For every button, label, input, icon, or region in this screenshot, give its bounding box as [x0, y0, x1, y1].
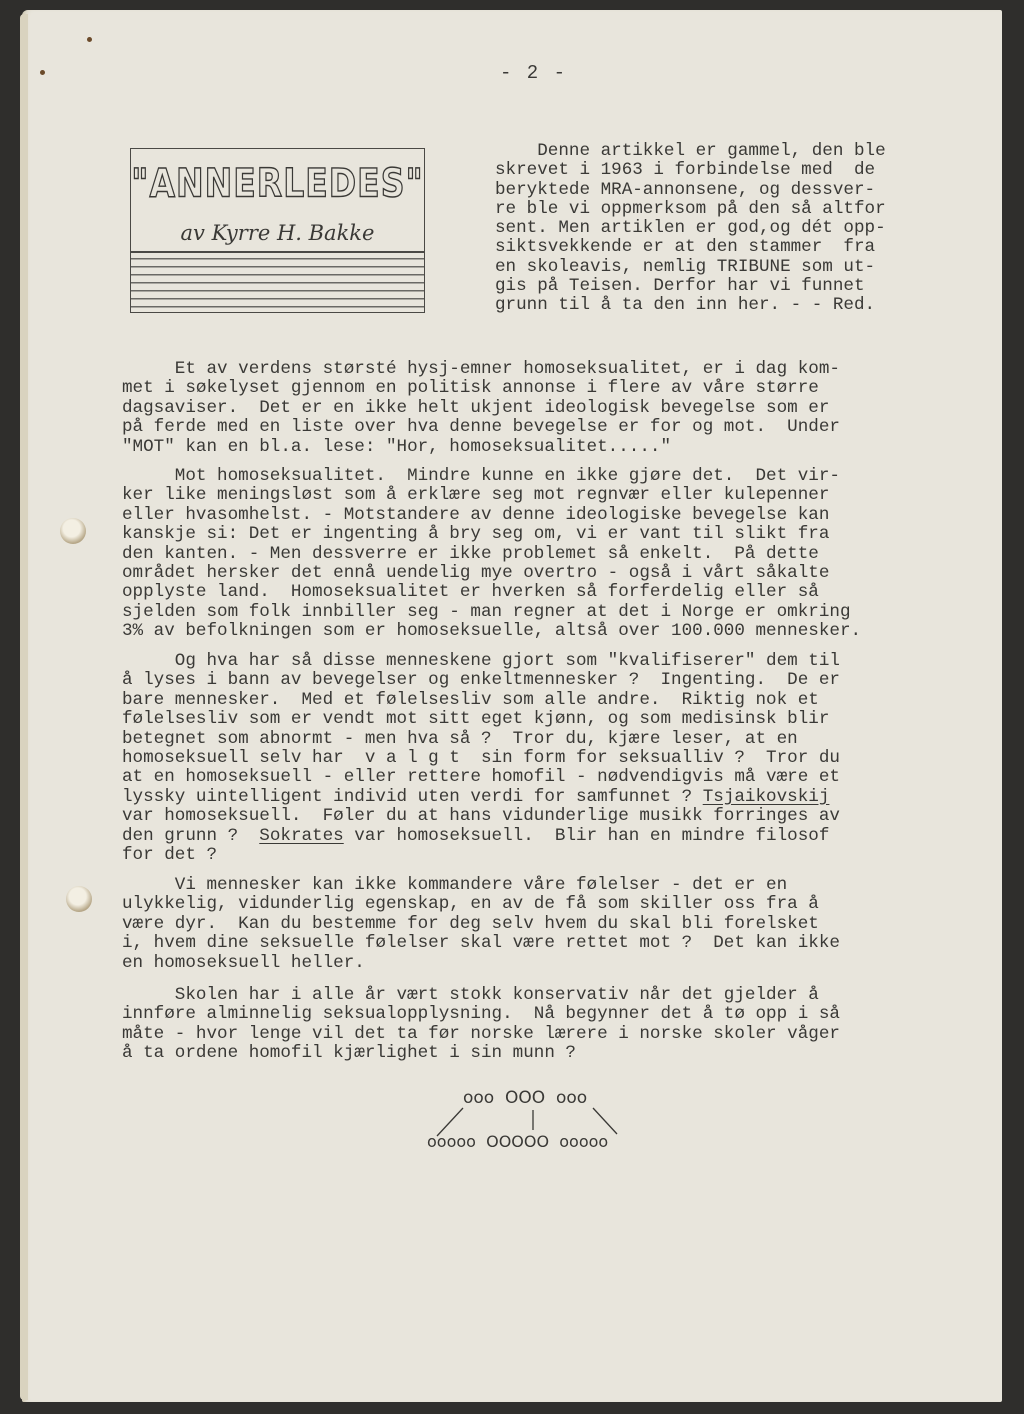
text-line: betegnet som abnormt - men hva så ? Tror…	[122, 730, 962, 749]
underlined-name-sokrates: Sokrates	[259, 826, 343, 846]
text-line: met i søkelyset gjennom en politisk anno…	[122, 379, 962, 398]
page-number: - 2 -	[500, 62, 567, 84]
editor-note: Denne artikkel er gammel, den bleskrevet…	[495, 142, 935, 316]
text-line: følelsesliv som er vendt mot sitt eget k…	[122, 710, 962, 729]
text-line: Mot homoseksualitet. Mindre kunne en ikk…	[122, 467, 962, 486]
text-line: grunn til å ta den inn her. - - Red.	[495, 296, 935, 315]
text-line: for det ?	[122, 846, 962, 865]
text-line: bare mennesker. Med et følelsesliv som a…	[122, 691, 962, 710]
header-ruled-lines	[131, 251, 424, 312]
text-line: en homoseksuell heller.	[122, 954, 962, 973]
text-line: dagsaviser. Det er en ikke helt ukjent i…	[122, 399, 962, 418]
text-line: homoseksuell selv har v a l g t sin form…	[122, 749, 962, 768]
text-line: kanskje si: Det er ingenting å bry seg o…	[122, 525, 962, 544]
article-title: "ANNERLEDES"	[131, 159, 424, 206]
text-line: Vi mennesker kan ikke kommandere våre fø…	[122, 876, 962, 895]
text-line: "MOT" kan en bl.a. lese: "Hor, homoseksu…	[122, 438, 962, 457]
text-line: måte - hvor lenge vil det ta før norske …	[122, 1025, 962, 1044]
text-line: at en homoseksuell - eller rettere homof…	[122, 768, 962, 787]
text-line: eller hvasomhelst. - Motstandere av denn…	[122, 506, 962, 525]
article-byline: av Kyrre H. Bakke	[131, 221, 424, 245]
ornament-bottom-row: ooooo OOOOO ooooo	[427, 1132, 608, 1151]
text-line: Et av verdens størsté hysj-emner homosek…	[122, 360, 962, 379]
text-line: området hersker det ennå uendelig mye ov…	[122, 564, 962, 583]
text-line: Denne artikkel er gammel, den ble	[495, 142, 935, 161]
text-segment: lyssky uintelligent individ uten verdi f…	[122, 787, 703, 807]
text-line: lyssky uintelligent individ uten verdi f…	[122, 788, 962, 807]
text-line: sent. Men artiklen er god,og dét opp-	[495, 219, 935, 238]
text-line: på ferde med en liste over hva denne bev…	[122, 418, 962, 437]
text-line: den kanten. - Men dessverre er ikke prob…	[122, 545, 962, 564]
text-line: beryktede MRA-annonsene, og dessver-	[495, 181, 935, 200]
paragraph-2: Mot homoseksualitet. Mindre kunne en ikk…	[122, 467, 962, 642]
text-line: innføre alminnelig seksualopplysning. Nå…	[122, 1005, 962, 1024]
paragraph-4: Vi mennesker kan ikke kommandere våre fø…	[122, 876, 962, 973]
text-line: ker like meningsløst som å erklære seg m…	[122, 486, 962, 505]
text-line: re ble vi oppmerksom på den så altfor	[495, 200, 935, 219]
staple-mark-icon	[87, 37, 92, 42]
paragraph-3: Og hva har så disse menneskene gjort som…	[122, 652, 962, 865]
ornament-divider: ooo OOO ooo ooooo OOOOO ooooo	[425, 1088, 645, 1158]
text-line: å ta ordene homofil kjærlighet i sin mun…	[122, 1044, 962, 1063]
staple-mark-icon	[40, 70, 45, 75]
text-line: Skolen har i alle år vært stokk konserva…	[122, 986, 962, 1005]
text-segment: den grunn ?	[122, 826, 259, 846]
text-line: var homoseksuell. Føler du at hans vidun…	[122, 807, 962, 826]
text-line: ulykkelig, vidunderlig egenskap, en av d…	[122, 895, 962, 914]
text-line: være dyr. Kan du bestemme for deg selv h…	[122, 915, 962, 934]
text-line: 3% av befolkningen som er homoseksuelle,…	[122, 622, 962, 641]
text-line: gis på Teisen. Derfor har vi funnet	[495, 277, 935, 296]
paragraph-1: Et av verdens størsté hysj-emner homosek…	[122, 360, 962, 457]
text-line: opplyste land. Homoseksualitet er hverke…	[122, 583, 962, 602]
article-header-box: "ANNERLEDES" av Kyrre H. Bakke	[130, 148, 425, 313]
text-line: i, hvem dine seksuelle følelser skal vær…	[122, 934, 962, 953]
text-line: siktsvekkende er at den stammer fra	[495, 238, 935, 257]
punch-hole-icon	[60, 518, 86, 544]
text-line: skrevet i 1963 i forbindelse med de	[495, 161, 935, 180]
text-line: den grunn ? Sokrates var homoseksuell. B…	[122, 827, 962, 846]
page-edge	[20, 14, 28, 1400]
underlined-name-tsjaikovskij: Tsjaikovskij	[703, 787, 830, 807]
text-line: sjelden som folk innbiller seg - man reg…	[122, 603, 962, 622]
text-line: en skoleavis, nemlig TRIBUNE som ut-	[495, 258, 935, 277]
punch-hole-icon	[66, 886, 92, 912]
text-line: å lyses i bann av bevegelser og enkeltme…	[122, 671, 962, 690]
paragraph-5: Skolen har i alle år vært stokk konserva…	[122, 986, 962, 1064]
text-segment: var homoseksuell. Blir han en mindre fil…	[344, 826, 830, 846]
text-line: Og hva har så disse menneskene gjort som…	[122, 652, 962, 671]
